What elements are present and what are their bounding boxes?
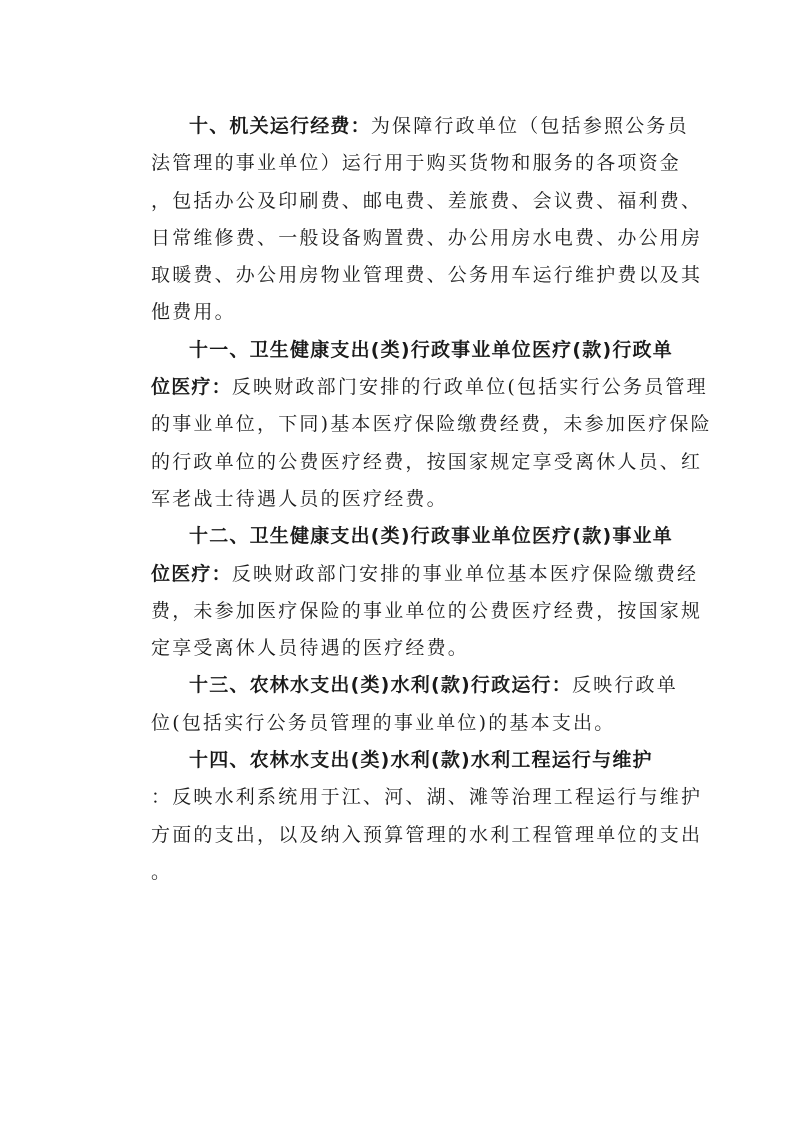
text-line: 的事业单位，下同)基本医疗保险缴费经费，未参加医疗保险 — [113, 406, 683, 443]
section-heading-cont: 位医疗： — [151, 376, 232, 398]
section-heading: 十一、卫生健康支出(类)行政事业单位医疗(款)行政单 — [113, 332, 683, 369]
section-heading: 十三、农林水支出(类)水利(款)行政运行： — [189, 674, 572, 696]
paragraph-13: 十三、农林水支出(类)水利(款)行政运行：反映行政单 位(包括实行公务员管理的事… — [113, 667, 683, 742]
text-line: 军老战士待遇人员的医疗经费。 — [113, 481, 683, 518]
paragraph-10: 十、机关运行经费：为保障行政单位（包括参照公务员 法管理的事业单位）运行用于购买… — [113, 108, 683, 332]
text-line: 定享受离休人员待遇的医疗经费。 — [113, 630, 683, 667]
text-line: ：反映水利系统用于江、河、湖、滩等治理工程运行与维护 — [113, 779, 683, 816]
text-line: 。 — [113, 854, 683, 891]
text-line: 位医疗：反映财政部门安排的事业单位基本医疗保险缴费经 — [113, 556, 683, 593]
paragraph-14: 十四、农林水支出(类)水利(款)水利工程运行与维护 ：反映水利系统用于江、河、湖… — [113, 742, 683, 891]
text-line: 日常维修费、一般设备购置费、办公用房水电费、办公用房 — [113, 220, 683, 257]
text-line: 十三、农林水支出(类)水利(款)行政运行：反映行政单 — [113, 667, 683, 704]
text-line: 位(包括实行公务员管理的事业单位)的基本支出。 — [113, 705, 683, 742]
section-heading: 十四、农林水支出(类)水利(款)水利工程运行与维护 — [113, 742, 683, 779]
section-heading: 十、机关运行经费： — [189, 115, 371, 137]
text-line: 位医疗：反映财政部门安排的行政单位(包括实行公务员管理 — [113, 369, 683, 406]
section-heading: 十二、卫生健康支出(类)行政事业单位医疗(款)事业单 — [113, 518, 683, 555]
paragraph-12: 十二、卫生健康支出(类)行政事业单位医疗(款)事业单 位医疗：反映财政部门安排的… — [113, 518, 683, 667]
text-line: 法管理的事业单位）运行用于购买货物和服务的各项资金 — [113, 145, 683, 182]
paragraph-11: 十一、卫生健康支出(类)行政事业单位医疗(款)行政单 位医疗：反映财政部门安排的… — [113, 332, 683, 518]
text-line: 取暖费、办公用房物业管理费、公务用车运行维护费以及其 — [113, 257, 683, 294]
text-line: 方面的支出，以及纳入预算管理的水利工程管理单位的支出 — [113, 817, 683, 854]
text-line: 他费用。 — [113, 294, 683, 331]
text-line: 的行政单位的公费医疗经费，按国家规定享受离休人员、红 — [113, 444, 683, 481]
text-line: 十、机关运行经费：为保障行政单位（包括参照公务员 — [113, 108, 683, 145]
section-heading-cont: 位医疗： — [151, 563, 232, 585]
text-line: ，包括办公及印刷费、邮电费、差旅费、会议费、福利费、 — [113, 183, 683, 220]
text-line: 费，未参加医疗保险的事业单位的公费医疗经费，按国家规 — [113, 593, 683, 630]
document-page: 十、机关运行经费：为保障行政单位（包括参照公务员 法管理的事业单位）运行用于购买… — [113, 108, 683, 891]
